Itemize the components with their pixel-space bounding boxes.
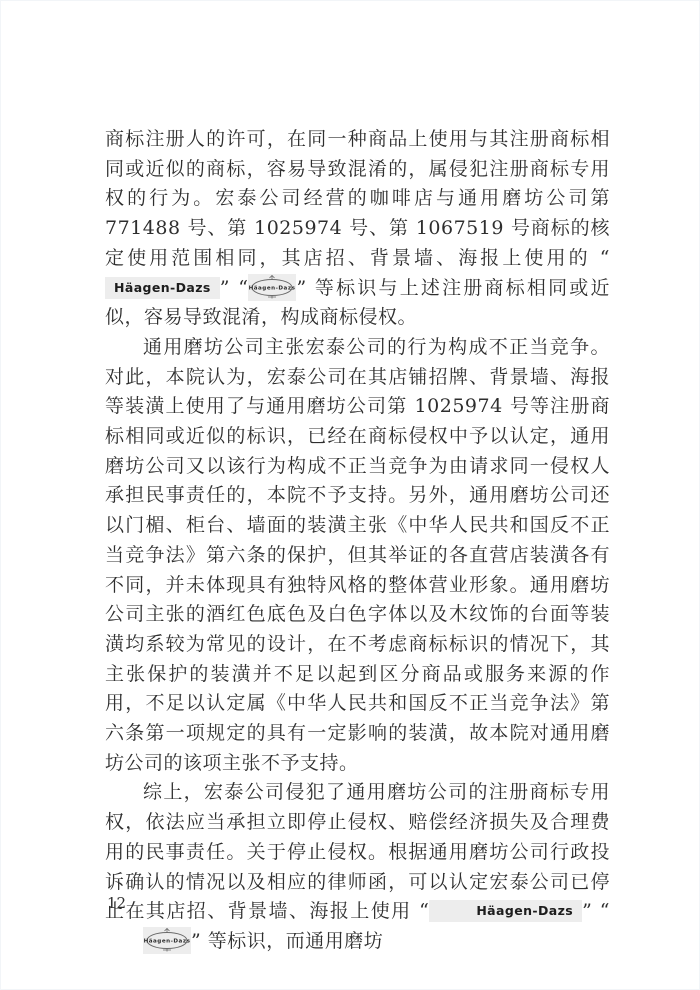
oval-logo-text: Häagen-Dazs xyxy=(144,938,191,944)
body-text-segment: ” 等标识，而通用磨坊 xyxy=(191,930,383,952)
haagen-dazs-oval-logo: Häagen-Dazs xyxy=(248,274,296,301)
haagen-dazs-oval-logo-image: Häagen-Dazs xyxy=(248,274,296,301)
judgment-document-page: 商标注册人的许可，在同一种商品上使用与其注册商标相同或近似的商标，容易导致混淆的… xyxy=(0,0,700,990)
paragraph-liability-conclusion: 综上，宏泰公司侵犯了通用磨坊公司的注册商标专用权，依法应当承担立即停止侵权、赔偿… xyxy=(105,778,610,956)
haagen-dazs-oval-logo-image: Häagen-Dazs xyxy=(143,927,191,954)
paragraph-unfair-competition-analysis: 通用磨坊公司主张宏泰公司的行为构成不正当竞争。对此，本院认为，宏泰公司在其店铺招… xyxy=(105,333,610,779)
body-text-segment: ” “ xyxy=(220,277,249,299)
haagen-dazs-wordmark-logo: Häagen-Dazs xyxy=(429,900,582,922)
body-text-segment: 通用磨坊公司主张宏泰公司的行为构成不正当竞争。对此，本院认为，宏泰公司在其店铺招… xyxy=(105,336,610,774)
body-text-segment: ” “ xyxy=(582,900,610,922)
judgment-body-text: 商标注册人的许可，在同一种商品上使用与其注册商标相同或近似的商标，容易导致混淆的… xyxy=(105,125,610,957)
haagen-dazs-wordmark-logo: Häagen-Dazs xyxy=(105,277,220,299)
body-text-segment: 商标注册人的许可，在同一种商品上使用与其注册商标相同或近似的商标，容易导致混淆的… xyxy=(105,128,610,269)
oval-logo-text: Häagen-Dazs xyxy=(249,285,296,291)
paragraph-trademark-infringement-finding: 商标注册人的许可，在同一种商品上使用与其注册商标相同或近似的商标，容易导致混淆的… xyxy=(105,125,610,333)
page-number: 12 xyxy=(107,894,126,912)
haagen-dazs-oval-logo: Häagen-Dazs xyxy=(105,927,191,954)
